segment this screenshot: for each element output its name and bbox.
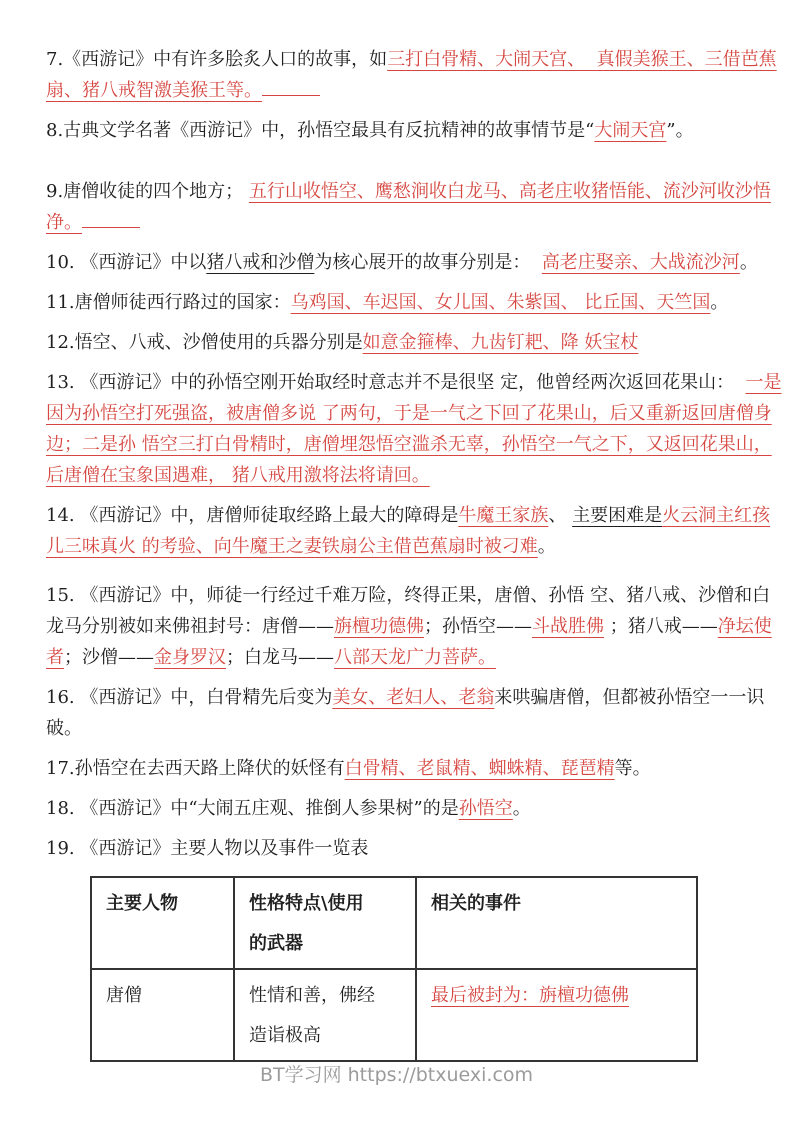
answer-text: 旃檀功德佛: [334, 616, 424, 637]
question-text: 。: [538, 536, 556, 557]
question-paragraph: 11.唐僧师徒西行路过的国家：乌鸡国、车迟国、女儿国、朱紫国、 比丘国、天竺国。: [46, 287, 787, 318]
question-text: 18. 《西游记》中“大闹五庄观、推倒人参果树”的是: [46, 798, 459, 819]
table-cell: 性情和善，佛经 造诣极高: [234, 969, 416, 1061]
question-text: 为核心展开的故事分别是：: [314, 252, 541, 273]
question-text: 。: [740, 252, 758, 273]
footer-watermark: BT学习网 https://btxuexi.com: [0, 1060, 793, 1087]
document-page: 7.《西游记》中有许多脍炙人口的故事，如三打白骨精、大闹天宫、 真假美猴王、三借…: [0, 0, 793, 1062]
question-text: 16. 《西游记》中，白骨精先后变为: [46, 687, 332, 708]
answer-text: 孙悟空: [459, 798, 513, 819]
question-text: 8.古典文学名著《西游记》中，孙悟空最具有反抗精神的故事情节是“: [46, 120, 594, 141]
question-underlined-text: 猪八戒和沙僧: [206, 252, 314, 273]
answer-text: 金身罗汉: [154, 647, 226, 668]
answer-text: 美女、老妇人、老翁: [332, 687, 494, 708]
table-header-cell: 主要人物: [91, 877, 234, 969]
question-text: 。: [513, 798, 531, 819]
question-text: 14. 《西游记》中，唐僧师徒取经路上最大的障碍是: [46, 505, 458, 526]
question-paragraph: 8.古典文学名著《西游记》中，孙悟空最具有反抗精神的故事情节是“大闹天宫”。: [46, 115, 787, 146]
answer-text: 斗战胜佛: [532, 616, 604, 637]
question-underlined-text: 主要困难是: [572, 505, 662, 526]
question-text: 17.孙悟空在去西天路上降伏的妖怪有: [46, 758, 345, 779]
question-paragraph: 9.唐僧收徒的四个地方； 五行山收悟空、鹰愁涧收白龙马、高老庄收猪悟能、流沙河收…: [46, 176, 787, 238]
question-text: 9.唐僧收徒的四个地方；: [46, 181, 249, 202]
answer-blank-line: [82, 209, 140, 228]
answer-text: 牛魔王家族: [458, 505, 548, 526]
question-paragraph: 19. 《西游记》主要人物以及事件一览表: [46, 833, 787, 864]
question-text: 7.《西游记》中有许多脍炙人口的故事，如: [46, 49, 387, 70]
table-row: 唐僧性情和善，佛经 造诣极高最后被封为：旃檀功德佛: [91, 969, 697, 1061]
answer-text: 高老庄娶亲、大战流沙河: [542, 252, 740, 273]
characters-table-head: 主要人物性格特点\使用 的武器相关的事件: [91, 877, 697, 969]
question-text: 19. 《西游记》主要人物以及事件一览表: [46, 838, 368, 859]
question-list: 7.《西游记》中有许多脍炙人口的故事，如三打白骨精、大闹天宫、 真假美猴王、三借…: [46, 44, 787, 864]
answer-text: 八部天龙广力菩萨。: [334, 647, 496, 668]
question-text: ；沙僧——: [64, 647, 154, 668]
characters-table-body: 唐僧性情和善，佛经 造诣极高最后被封为：旃檀功德佛: [91, 969, 697, 1061]
question-paragraph: 15. 《西游记》中，师徒一行经过千难万险，终得正果，唐僧、孙悟 空、猪八戒、沙…: [46, 580, 787, 673]
answer-text: 乌鸡国、车迟国、女儿国、朱紫国、 比丘国、天竺国: [291, 292, 711, 313]
question-text: 。: [710, 292, 728, 313]
question-text: 性情和善，佛经 造诣极高: [249, 985, 375, 1046]
question-paragraph: 10. 《西游记》中以猪八戒和沙僧为核心展开的故事分别是： 高老庄娶亲、大战流沙…: [46, 247, 787, 278]
question-paragraph: 17.孙悟空在去西天路上降伏的妖怪有白骨精、老鼠精、蜘蛛精、琵琶精等。: [46, 753, 787, 784]
characters-table: 主要人物性格特点\使用 的武器相关的事件 唐僧性情和善，佛经 造诣极高最后被封为…: [90, 876, 698, 1062]
question-text: 13. 《西游记》中的孙悟空刚开始取经时意志并不是很坚 定，他曾经两次返回花果山…: [46, 372, 746, 393]
question-text: 等。: [615, 758, 651, 779]
answer-blank-line: [262, 77, 320, 96]
question-paragraph: 16. 《西游记》中，白骨精先后变为美女、老妇人、老翁来哄骗唐僧，但都被孙悟空一…: [46, 682, 787, 744]
answer-text: 大闹天宫: [594, 120, 666, 141]
table-cell: 唐僧: [91, 969, 234, 1061]
question-text: 11.唐僧师徒西行路过的国家：: [46, 292, 291, 313]
question-paragraph: 14. 《西游记》中，唐僧师徒取经路上最大的障碍是牛魔王家族、 主要困难是火云洞…: [46, 500, 787, 562]
question-text: 、: [548, 505, 572, 526]
question-paragraph: 18. 《西游记》中“大闹五庄观、推倒人参果树”的是孙悟空。: [46, 793, 787, 824]
question-text: 12.悟空、八戒、沙僧使用的兵器分别是: [46, 332, 363, 353]
question-text: 唐僧: [106, 985, 142, 1006]
question-paragraph: 7.《西游记》中有许多脍炙人口的故事，如三打白骨精、大闹天宫、 真假美猴王、三借…: [46, 44, 787, 106]
table-header-cell: 相关的事件: [416, 877, 697, 969]
question-paragraph: 12.悟空、八戒、沙僧使用的兵器分别是如意金箍棒、九齿钉耙、降 妖宝杖: [46, 327, 787, 358]
question-text: ；孙悟空——: [424, 616, 532, 637]
question-text: ；白龙马——: [226, 647, 334, 668]
answer-text: 最后被封为：旃檀功德佛: [431, 985, 629, 1006]
table-cell: 最后被封为：旃檀功德佛: [416, 969, 697, 1061]
characters-table-header-row: 主要人物性格特点\使用 的武器相关的事件: [91, 877, 697, 969]
table-header-cell: 性格特点\使用 的武器: [234, 877, 416, 969]
question-text: ；猪八戒——: [604, 616, 718, 637]
question-text: ”。: [666, 120, 693, 141]
answer-text: 如意金箍棒、九齿钉耙、降 妖宝杖: [363, 332, 639, 353]
question-text: 10. 《西游记》中以: [46, 252, 206, 273]
answer-text: 白骨精、老鼠精、蜘蛛精、琵琶精: [345, 758, 615, 779]
question-paragraph: 13. 《西游记》中的孙悟空刚开始取经时意志并不是很坚 定，他曾经两次返回花果山…: [46, 367, 787, 491]
